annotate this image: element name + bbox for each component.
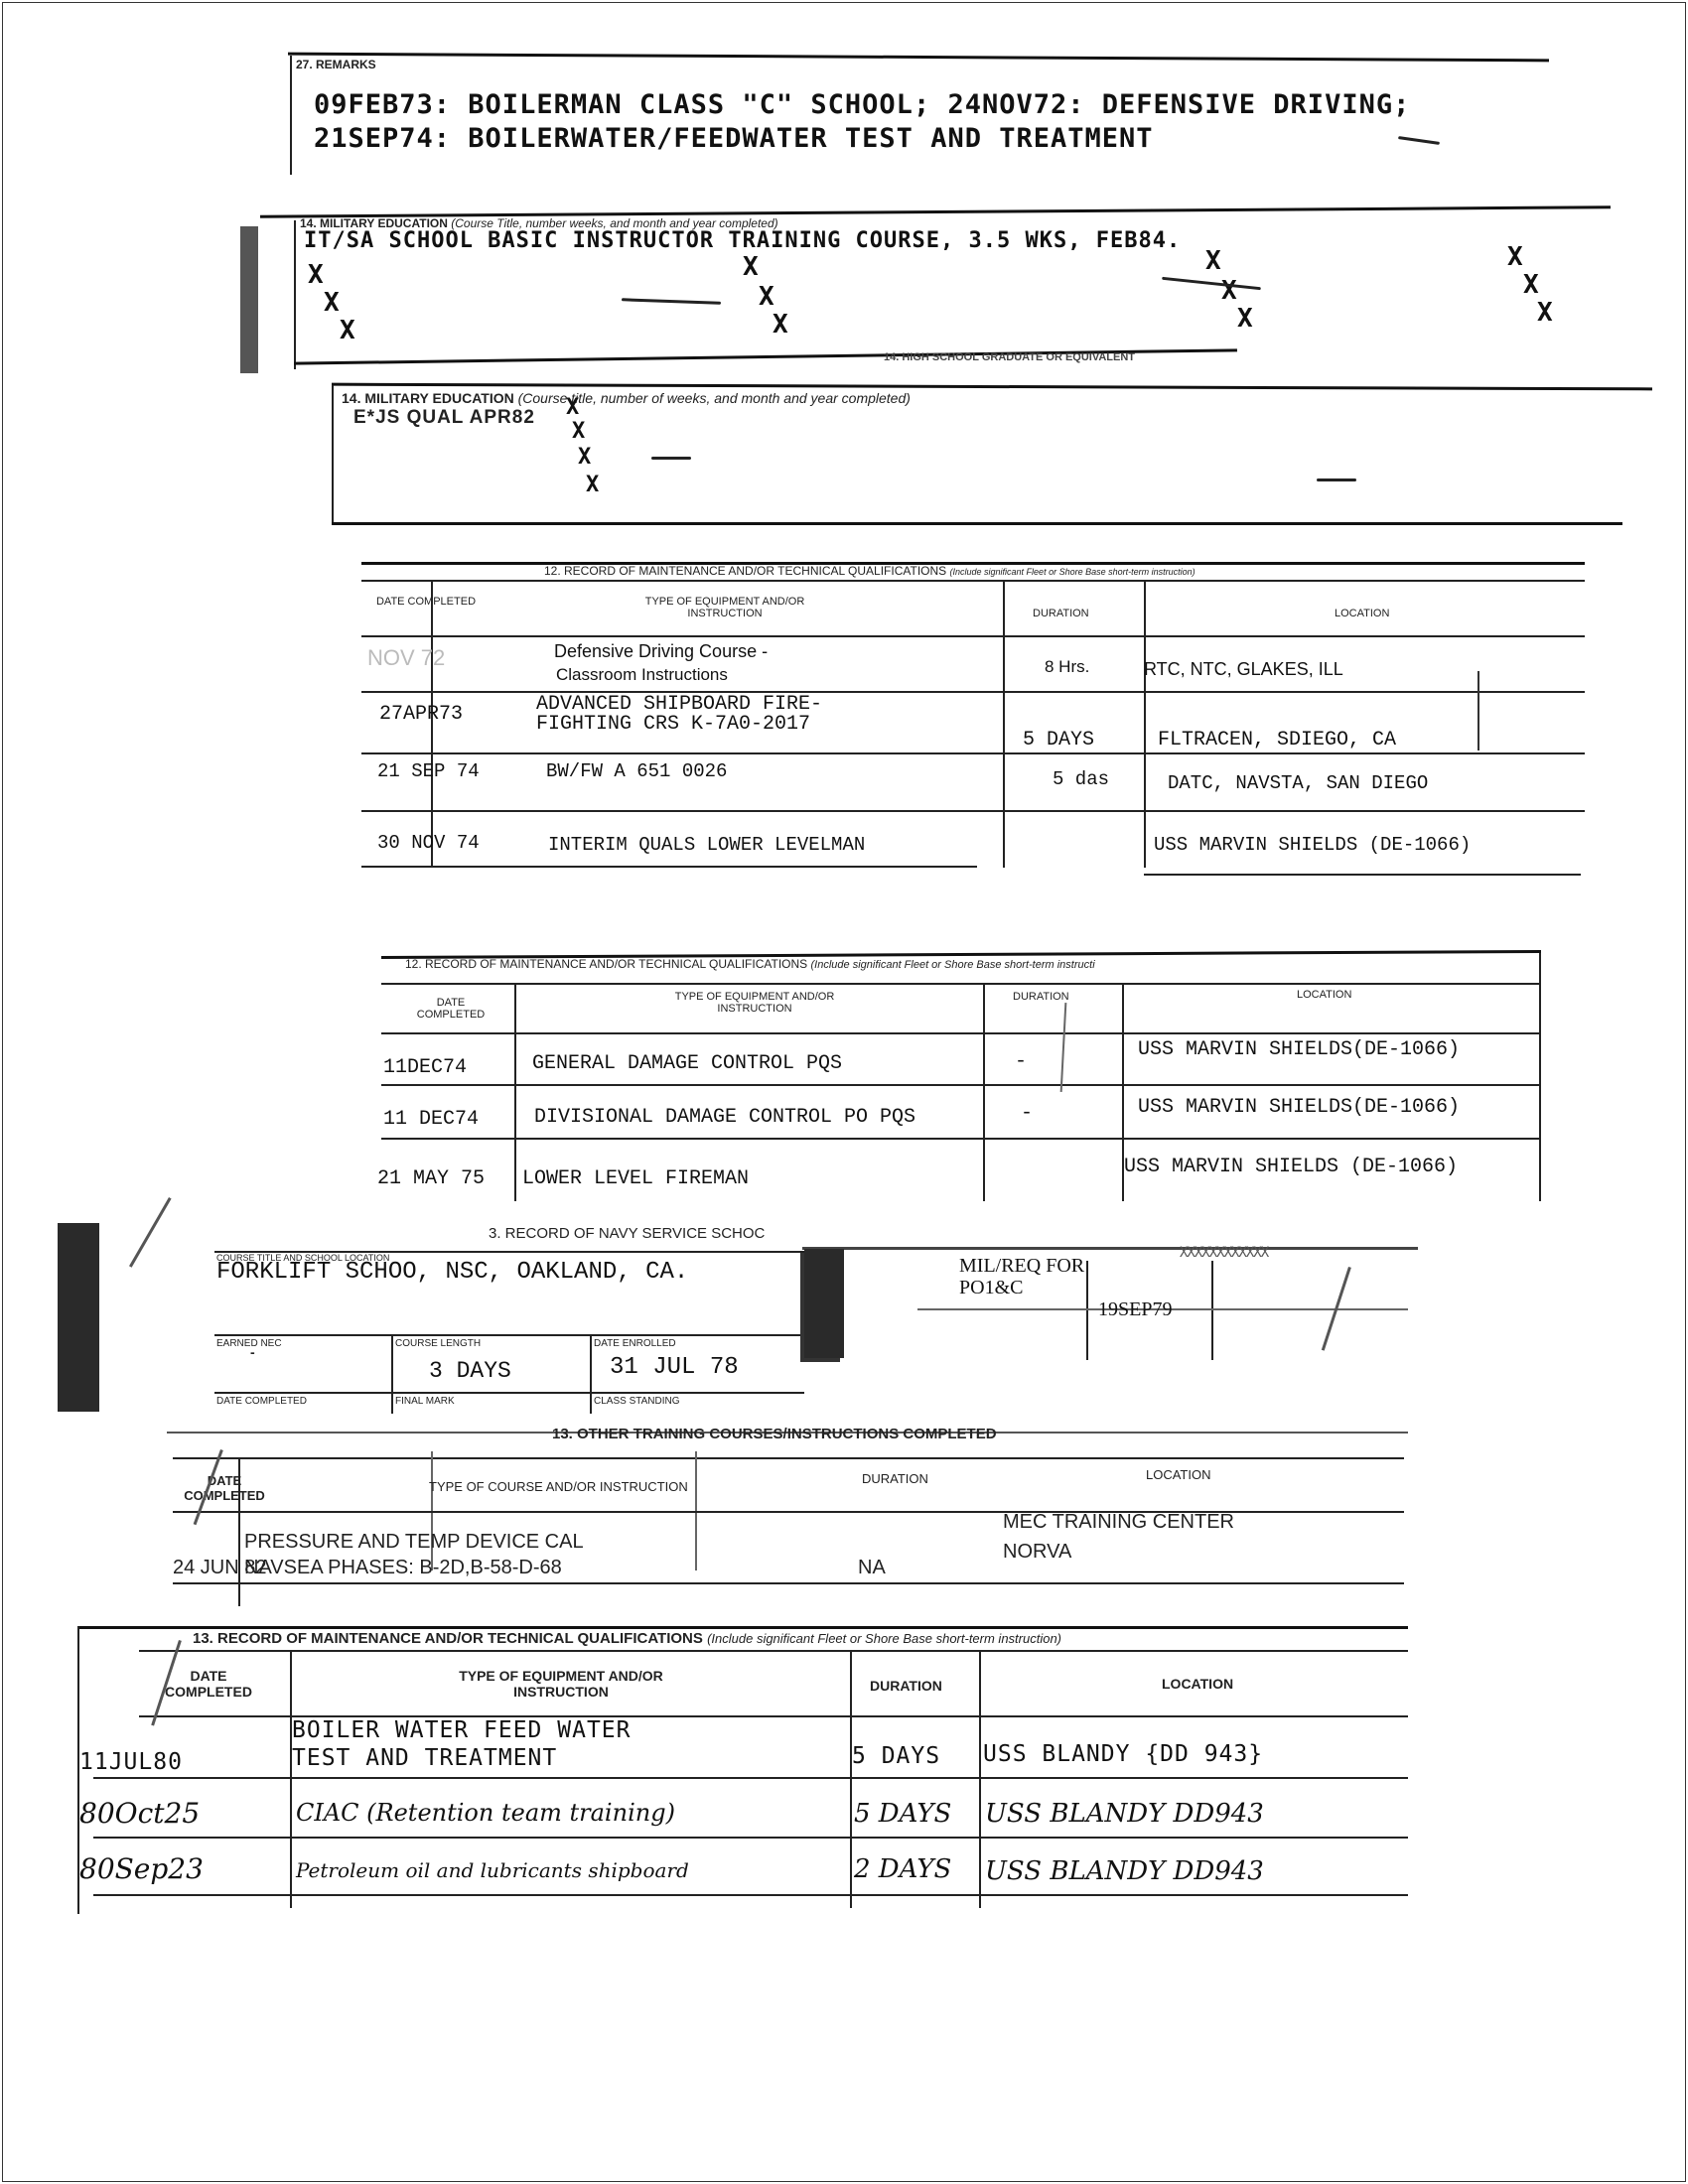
- date-cell: 21 SEP 74: [377, 760, 480, 782]
- course-length-value: 3 DAYS: [429, 1358, 511, 1384]
- military-education-value: E*JS QUAL APR82: [353, 407, 535, 429]
- date-cell: 11JUL80: [79, 1749, 183, 1775]
- type-cell-line2: TEST AND TREATMENT: [292, 1745, 557, 1771]
- header-type: TYPE OF COURSE AND/OR INSTRUCTION: [429, 1479, 688, 1494]
- divider: [173, 1582, 1404, 1584]
- remarks-line-2: 21SEP74: BOILERWATER/FEEDWATER TEST AND …: [314, 123, 1154, 154]
- divider: [93, 1894, 1408, 1896]
- type-cell: Petroleum oil and lubricants shipboard: [296, 1858, 689, 1882]
- type-cell-line1: PRESSURE AND TEMP DEVICE CAL: [244, 1531, 584, 1554]
- divider: [332, 385, 334, 524]
- divider: [381, 1138, 1541, 1140]
- location-cell-line2: NORVA: [1003, 1541, 1071, 1564]
- divider: [361, 580, 1585, 582]
- title-hint: (Include significant Fleet or Shore Base…: [950, 567, 1196, 577]
- x-mark: X: [308, 260, 324, 290]
- earned-nec-value: -: [250, 1344, 255, 1360]
- x-mark: X: [1221, 276, 1237, 306]
- x-mark: X: [586, 473, 599, 497]
- divider: [381, 983, 1541, 985]
- divider: [802, 1247, 1418, 1250]
- header-location: LOCATION: [1146, 1467, 1211, 1482]
- pencil-mark: [1317, 478, 1356, 481]
- x-mark: X: [1523, 270, 1539, 300]
- divider: [214, 1392, 804, 1394]
- military-education-label: 14. MILITARY EDUCATION (Course title, nu…: [342, 390, 911, 406]
- x-mark: X: [1537, 298, 1553, 328]
- type-cell: BW/FW A 651 0026: [546, 760, 727, 782]
- x-mark: X: [1507, 242, 1523, 272]
- title-text: 12. RECORD OF MAINTENANCE AND/OR TECHNIC…: [544, 564, 946, 578]
- pencil-mark: [651, 457, 691, 460]
- header-date: DATE COMPLETED: [361, 596, 491, 608]
- earned-nec-label: EARNED NEC: [216, 1338, 282, 1349]
- label-text: 14. MILITARY EDUCATION: [342, 390, 514, 406]
- table-title: 12. RECORD OF MAINTENANCE AND/OR TECHNIC…: [405, 957, 1095, 971]
- x-mark: X: [759, 282, 774, 312]
- location-cell: USS BLANDY DD943: [985, 1799, 1264, 1829]
- x-overtype: XXXXXXXXXXXX: [1180, 1245, 1268, 1261]
- divider: [93, 1837, 1408, 1839]
- type-cell-line1: Defensive Driving Course -: [554, 641, 768, 662]
- type-cell-line2: FIGHTING CRS K-7A0-2017: [536, 713, 810, 736]
- scan-shadow: [240, 226, 258, 373]
- x-mark: X: [572, 419, 585, 444]
- header-duration: DURATION: [1013, 991, 1069, 1003]
- location-cell-line1: MEC TRAINING CENTER: [1003, 1511, 1234, 1534]
- location-cell: USS MARVIN SHIELDS (DE-1066): [1124, 1156, 1458, 1178]
- divider: [514, 983, 516, 1201]
- date-enrolled-value: 31 JUL 78: [610, 1354, 739, 1381]
- divider: [391, 1334, 393, 1414]
- duration-cell: -: [1015, 1050, 1027, 1073]
- high-school-label: 14. HIGH SCHOOL GRADUATE OR EQUIVALENT: [884, 351, 1135, 363]
- location-cell: FLTRACEN, SDIEGO, CA: [1158, 729, 1396, 751]
- date-completed-label: DATE COMPLETED: [216, 1396, 307, 1407]
- divider: [290, 56, 292, 175]
- divider: [214, 1334, 804, 1336]
- location-cell: USS BLANDY DD943: [985, 1856, 1264, 1886]
- header-type: TYPE OF EQUIPMENT AND/OR INSTRUCTION: [655, 991, 854, 1015]
- location-cell: USS BLANDY {DD 943}: [983, 1741, 1263, 1767]
- divider: [361, 635, 1585, 637]
- header-date: DATE COMPLETED: [175, 1473, 274, 1503]
- type-cell: INTERIM QUALS LOWER LEVELMAN: [548, 834, 865, 856]
- course-title-value: FORKLIFT SCHOO, NSC, OAKLAND, CA.: [216, 1259, 688, 1286]
- divider: [139, 1650, 1408, 1652]
- duration-cell: -: [1021, 1102, 1033, 1125]
- duration-cell: 5 DAYS: [852, 1743, 940, 1769]
- table-title: 13. RECORD OF MAINTENANCE AND/OR TECHNIC…: [193, 1630, 1061, 1647]
- header-type: TYPE OF EQUIPMENT AND/OR INSTRUCTION: [635, 596, 814, 619]
- divider: [1539, 953, 1541, 1201]
- table-title: 12. RECORD OF MAINTENANCE AND/OR TECHNIC…: [544, 564, 1196, 578]
- header-date: DATE COMPLETED: [401, 997, 500, 1021]
- duration-cell: 5 das: [1053, 768, 1109, 790]
- divider: [77, 1626, 1408, 1629]
- divider: [1003, 580, 1005, 868]
- final-mark-label: FINAL MARK: [395, 1396, 455, 1407]
- date-cell: 80Oct25: [79, 1797, 200, 1830]
- header-location: LOCATION: [1297, 989, 1351, 1001]
- date-cell: 11 DEC74: [383, 1108, 479, 1131]
- header-location: LOCATION: [1162, 1676, 1233, 1692]
- scan-shadow: [58, 1223, 99, 1412]
- x-mark: X: [743, 252, 759, 282]
- title-hint: (Include significant Fleet or Shore Base…: [811, 959, 1095, 971]
- divider: [983, 983, 985, 1201]
- divider: [332, 522, 1622, 525]
- x-mark: X: [578, 445, 591, 470]
- military-education-value: IT/SA SCHOOL BASIC INSTRUCTOR TRAINING C…: [304, 228, 1181, 253]
- duration-cell: NA: [858, 1557, 886, 1579]
- location-cell: USS MARVIN SHIELDS(DE-1066): [1138, 1096, 1460, 1119]
- type-cell: LOWER LEVEL FIREMAN: [522, 1167, 749, 1190]
- divider: [1144, 874, 1581, 876]
- duration-cell: 5 DAYS: [1023, 729, 1094, 751]
- type-cell-line1: BOILER WATER FEED WATER: [292, 1717, 632, 1743]
- section-title: 3. RECORD OF NAVY SERVICE SCHOC: [489, 1225, 765, 1242]
- x-mark: X: [340, 316, 355, 345]
- date-cell: NOV 72: [367, 645, 445, 671]
- header-duration: DURATION: [1033, 608, 1089, 619]
- duration-cell: 8 Hrs.: [1045, 657, 1089, 677]
- type-cell-line2: Classroom Instructions: [556, 665, 728, 685]
- title-text: 12. RECORD OF MAINTENANCE AND/OR TECHNIC…: [405, 957, 807, 971]
- x-mark: X: [1205, 246, 1221, 276]
- date-cell: 11DEC74: [383, 1056, 467, 1079]
- pencil-mark: [1477, 671, 1479, 751]
- divider: [93, 1777, 1408, 1779]
- type-cell-line2: NAVSEA PHASES: B-2D,B-58-D-68: [244, 1557, 562, 1579]
- divider: [590, 1334, 592, 1414]
- divider: [173, 1457, 1404, 1459]
- duration-cell: 5 DAYS: [854, 1799, 951, 1829]
- mil-req-line2: PO1&C: [959, 1277, 1023, 1299]
- date-cell: 21 MAY 75: [377, 1167, 485, 1190]
- course-length-label: COURSE LENGTH: [395, 1338, 481, 1349]
- type-cell: CIAC (Retention team training): [296, 1799, 675, 1827]
- type-cell: GENERAL DAMAGE CONTROL PQS: [532, 1052, 842, 1075]
- date-cell: 30 NOV 74: [377, 832, 480, 854]
- x-mark: X: [324, 288, 340, 318]
- divider: [1144, 580, 1146, 868]
- divider: [361, 810, 1585, 812]
- remarks-label: 27. REMARKS: [296, 58, 376, 71]
- header-type: TYPE OF EQUIPMENT AND/OR INSTRUCTION: [427, 1668, 695, 1700]
- remarks-line-1: 09FEB73: BOILERMAN CLASS "C" SCHOOL; 24N…: [314, 89, 1410, 120]
- divider: [361, 752, 1585, 754]
- x-mark: X: [566, 395, 579, 420]
- divider: [290, 1650, 292, 1908]
- divider: [294, 220, 296, 369]
- class-standing-label: CLASS STANDING: [594, 1396, 680, 1407]
- divider: [381, 1032, 1541, 1034]
- table-title: 13. OTHER TRAINING COURSES/INSTRUCTIONS …: [552, 1426, 997, 1442]
- date-cell: 27APR73: [379, 703, 463, 726]
- mil-req-line1: MIL/REQ FOR: [959, 1255, 1084, 1278]
- title-hint: (Include significant Fleet or Shore Base…: [707, 1631, 1061, 1646]
- x-mark: X: [1237, 304, 1253, 334]
- divider: [381, 1084, 1541, 1086]
- date-enrolled-label: DATE ENROLLED: [594, 1338, 676, 1349]
- location-cell: RTC, NTC, GLAKES, ILL: [1144, 659, 1343, 680]
- location-cell: USS MARVIN SHIELDS(DE-1066): [1138, 1038, 1460, 1061]
- header-duration: DURATION: [862, 1471, 928, 1486]
- location-cell: DATC, NAVSTA, SAN DIEGO: [1168, 772, 1428, 794]
- scan-shadow: [804, 1249, 844, 1358]
- mil-req-date: 19SEP79: [1098, 1298, 1172, 1321]
- type-cell: DIVISIONAL DAMAGE CONTROL PO PQS: [534, 1106, 915, 1129]
- header-duration: DURATION: [870, 1678, 942, 1694]
- header-location: LOCATION: [1335, 608, 1389, 619]
- divider: [850, 1650, 852, 1908]
- duration-cell: 2 DAYS: [854, 1854, 951, 1884]
- title-text: 13. RECORD OF MAINTENANCE AND/OR TECHNIC…: [193, 1630, 703, 1647]
- divider: [1211, 1261, 1213, 1360]
- date-cell: 80Sep23: [79, 1852, 204, 1885]
- location-cell: USS MARVIN SHIELDS (DE-1066): [1154, 834, 1471, 856]
- divider: [979, 1650, 981, 1908]
- x-mark: X: [773, 310, 788, 340]
- divider: [1086, 1261, 1088, 1360]
- divider: [361, 866, 977, 868]
